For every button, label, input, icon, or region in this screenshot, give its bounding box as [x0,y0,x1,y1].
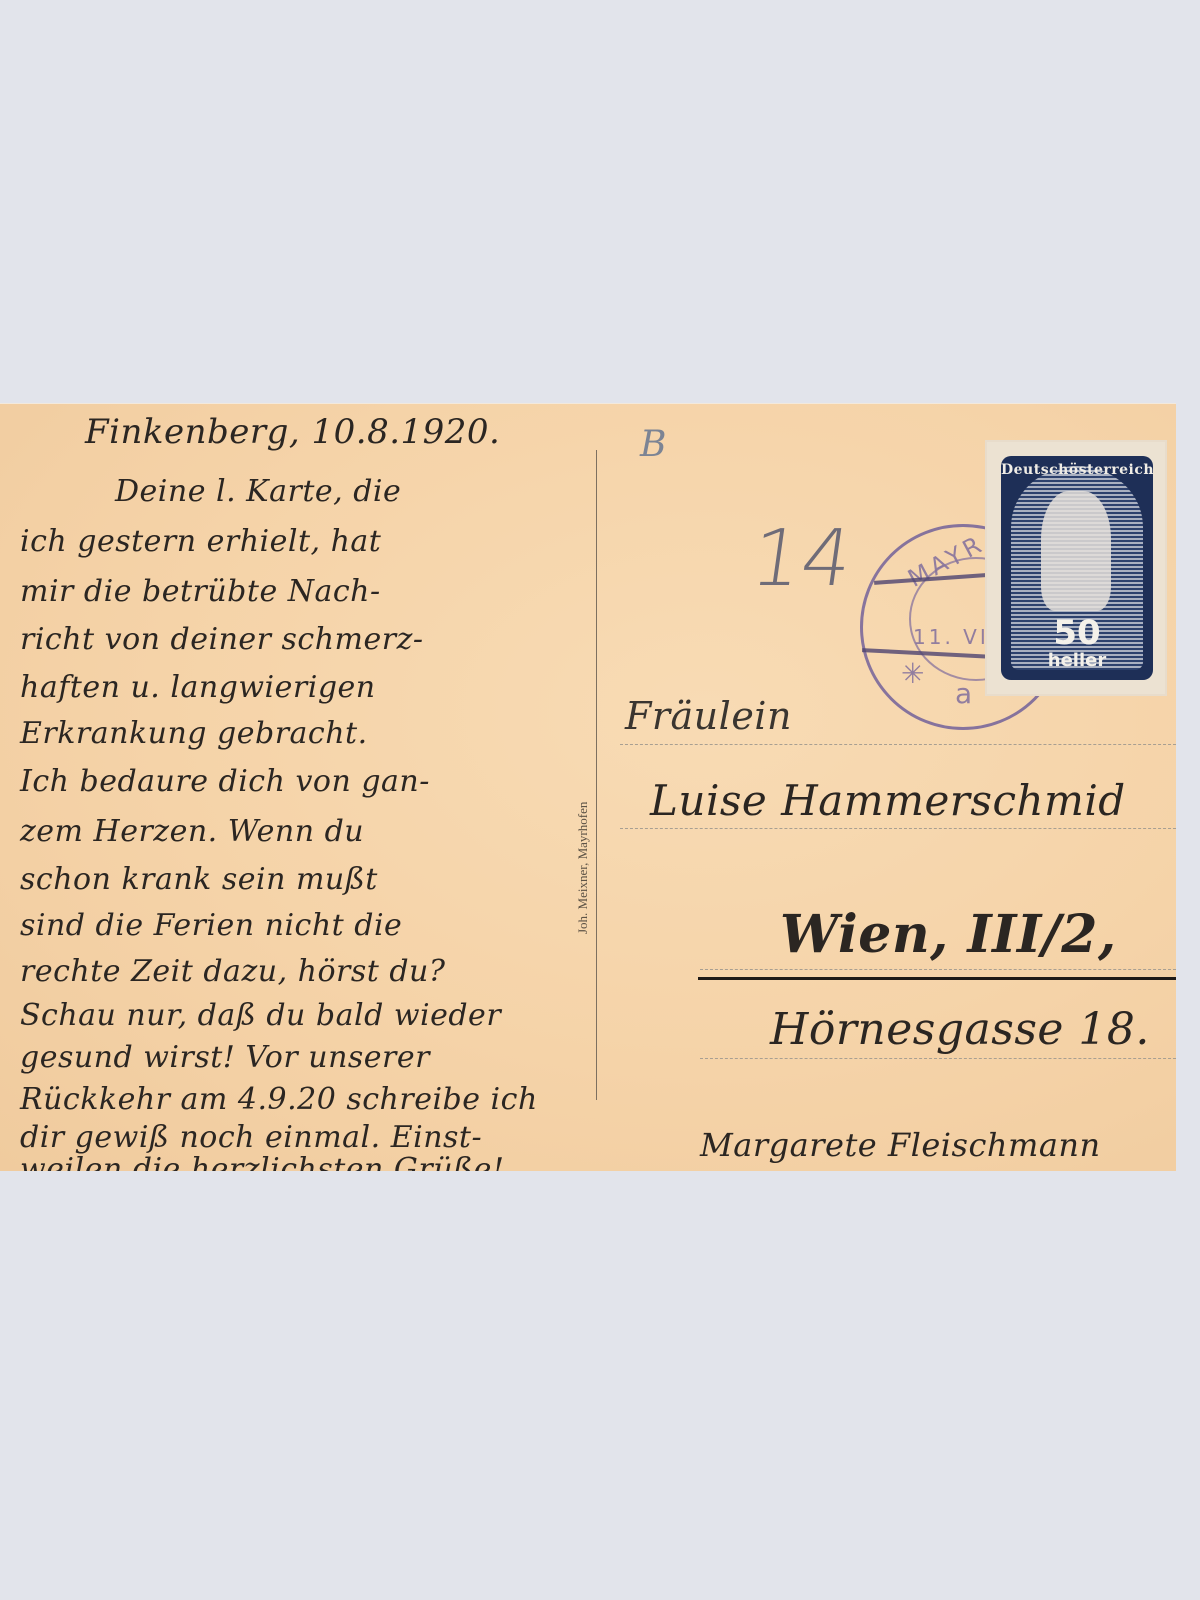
date-line: Finkenberg, 10.8.1920. [85,412,500,452]
divider-line [596,450,597,1100]
stamp-figure-icon [1041,491,1111,611]
postmark-sub: a [955,677,972,710]
address-line-3 [700,969,1176,970]
message-line: dir gewiß noch einmal. Einst- [20,1120,482,1155]
pencil-mark-letter: B [640,424,666,465]
message-line: Deine l. Karte, die [115,474,401,509]
message-line: sind die Ferien nicht die [20,908,402,943]
address-city: Wien, III/2, [780,904,1117,965]
address-underline [698,977,1176,980]
message-line: rechte Zeit dazu, hörst du? [20,954,445,989]
message-line: gesund wirst! Vor unserer [20,1040,430,1075]
pencil-mark-number: 14 [746,514,858,604]
message-line: Erkrankung gebracht. [20,716,368,751]
address-line-1 [620,744,1176,745]
printer-imprint: Joh. Meixner, Mayrhofen [575,802,591,934]
message-line: Ich bedaure dich von gan- [20,764,430,799]
message-line: haften u. langwierigen [20,670,376,705]
message-line: Rückkehr am 4.9.20 schreibe ich [20,1082,538,1117]
postmark-star-left: ✳ [901,657,924,690]
address-street: Hörnesgasse 18. [770,1004,1150,1055]
stamp-country: Deutschösterreich [1001,462,1153,478]
postage-stamp: Deutschösterreich 50 heller [1001,456,1153,680]
stamp-value: 50 [1001,616,1153,650]
address-salutation: Fräulein [625,694,792,738]
message-line: mir die betrübte Nach- [20,574,381,609]
signature: Margarete Fleischmann [700,1126,1101,1164]
message-line: weilen die herzlichsten Grüße! [20,1152,504,1171]
address-name: Luise Hammerschmid [650,776,1126,825]
stamp-unit: heller [1001,650,1153,671]
address-line-2 [620,828,1176,829]
message-line: Schau nur, daß du bald wieder [20,998,501,1033]
message-line: richt von deiner schmerz- [20,622,424,657]
message-line: zem Herzen. Wenn du [20,814,364,849]
message-line: ich gestern erhielt, hat [20,524,381,559]
address-line-4 [700,1058,1176,1059]
message-line: schon krank sein mußt [20,862,378,897]
postcard: Finkenberg, 10.8.1920. Deine l. Karte, d… [0,403,1176,1171]
